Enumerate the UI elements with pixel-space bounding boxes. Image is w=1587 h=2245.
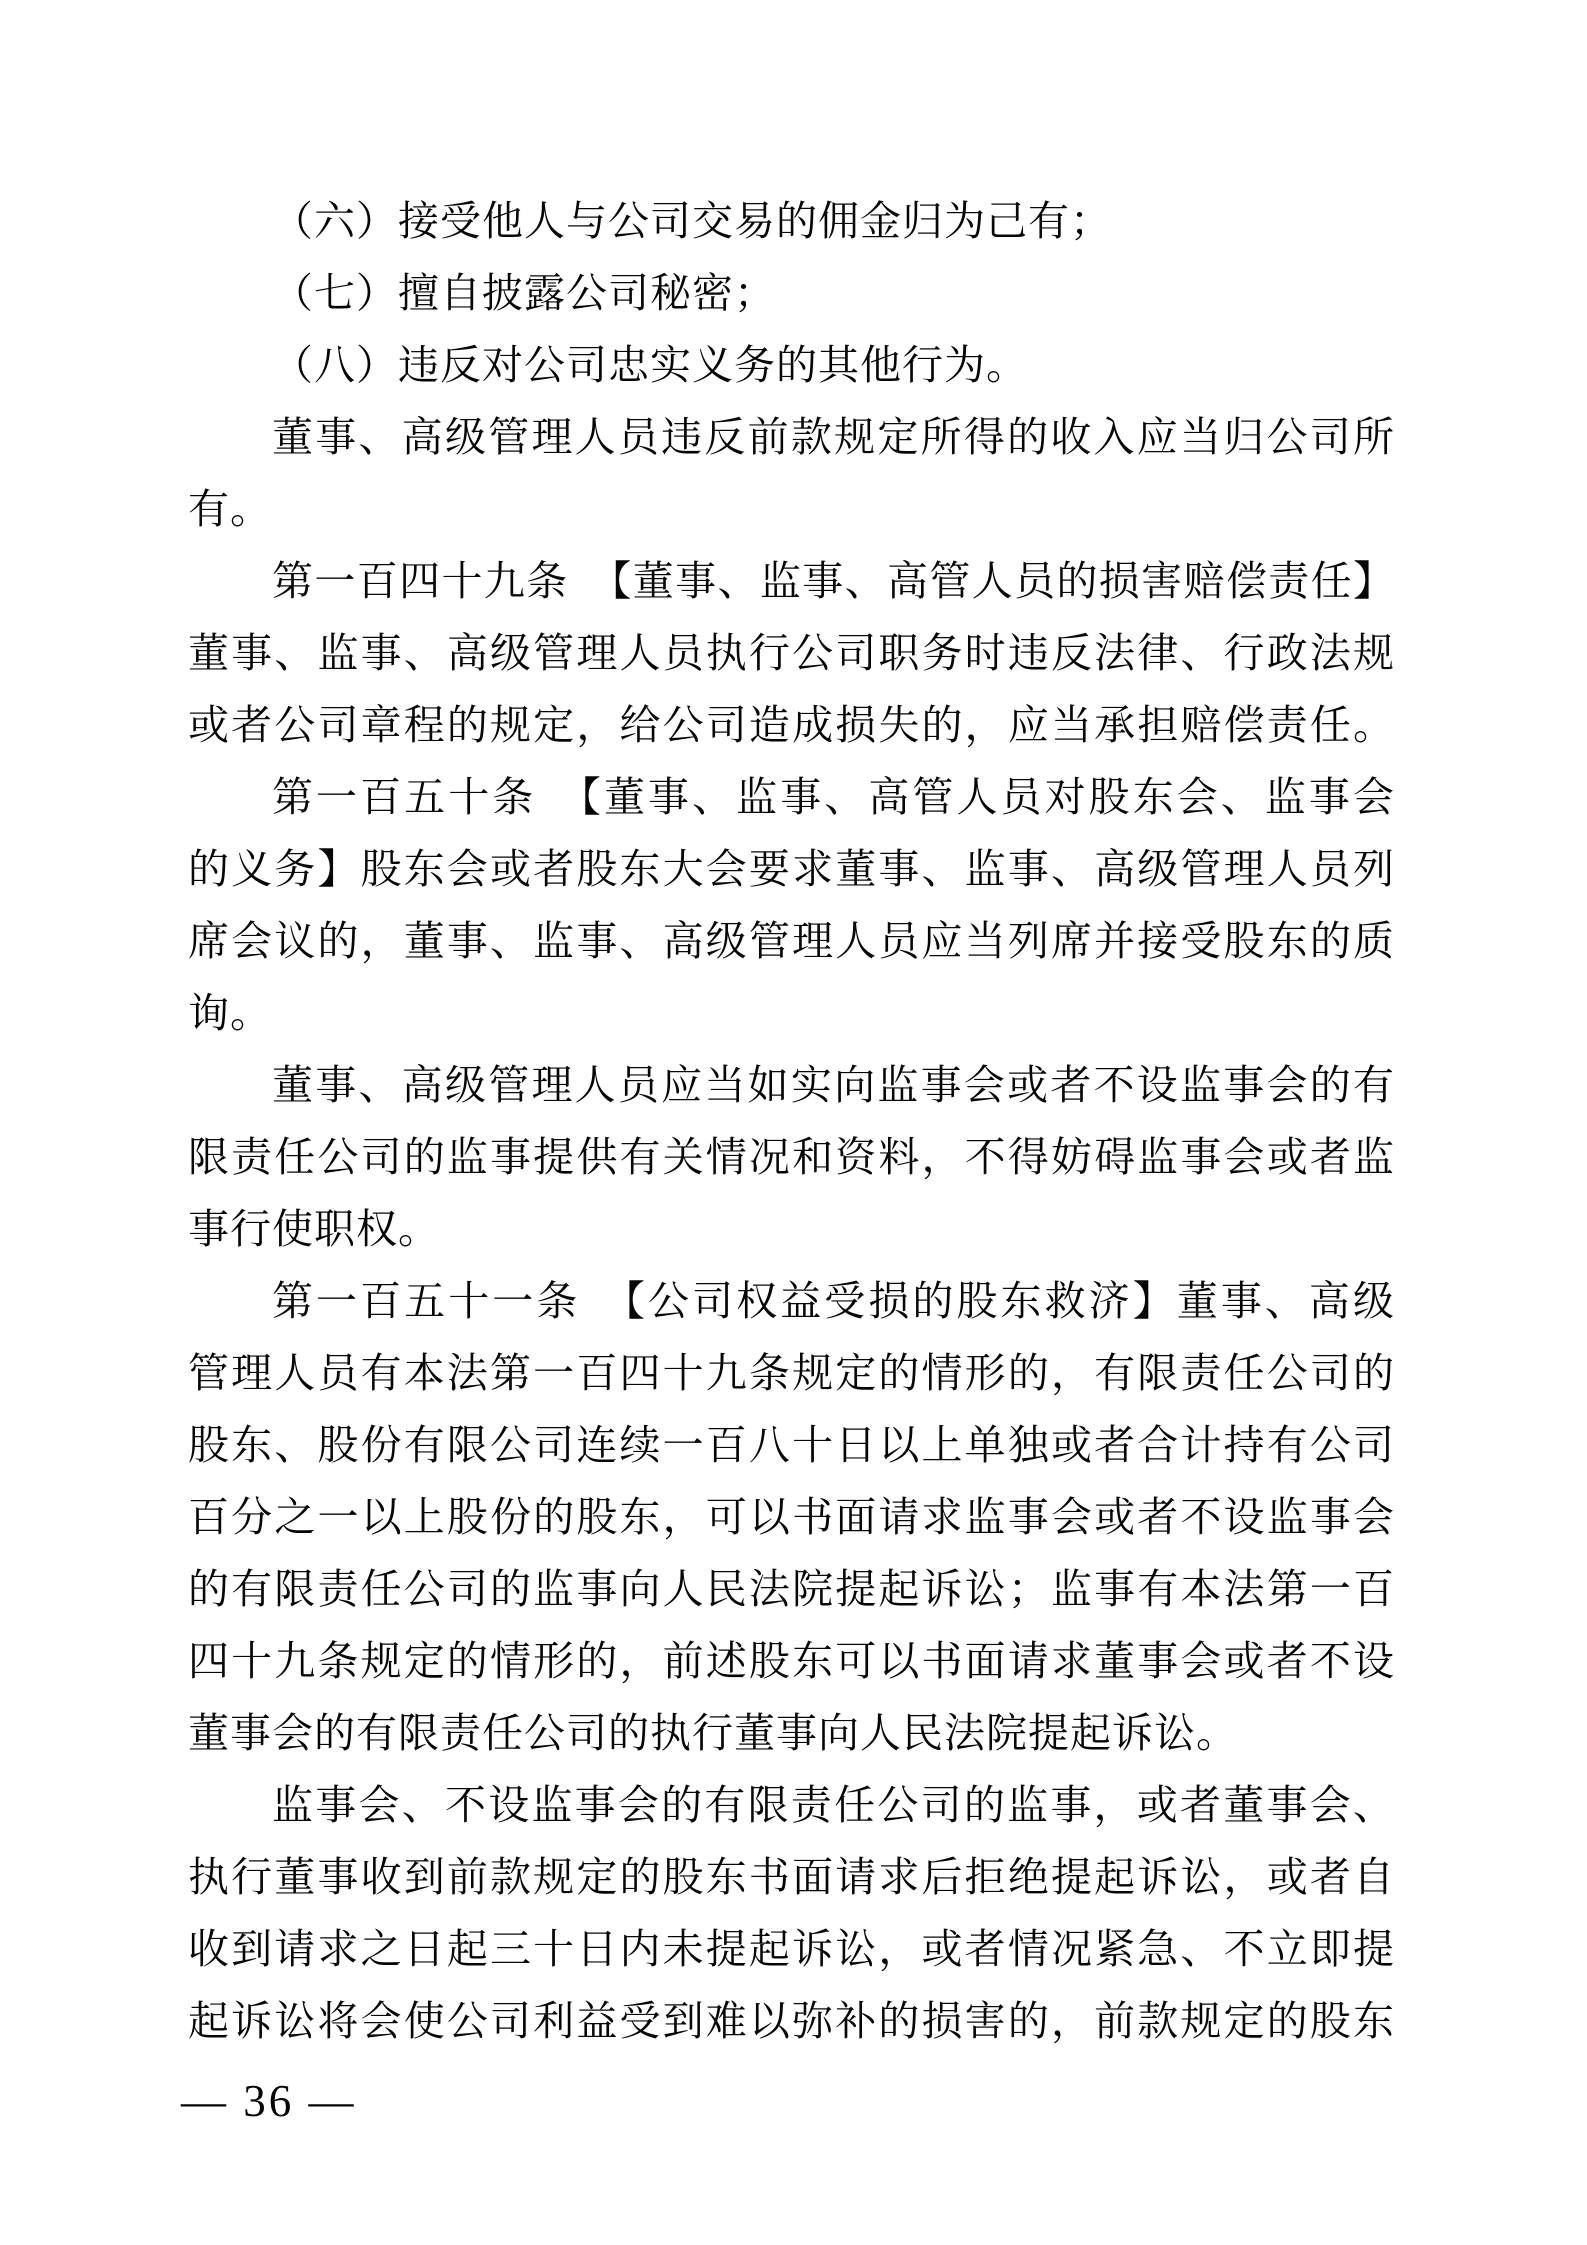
text-line: 的义务】股东会或者股东大会要求董事、监事、高级管理人员列 <box>188 833 1394 905</box>
text-line: 董事、高级管理人员违反前款规定所得的收入应当归公司所 <box>188 401 1394 473</box>
text-line: （八）违反对公司忠实义务的其他行为。 <box>188 329 1394 401</box>
text-line: 管理人员有本法第一百四十九条规定的情形的，有限责任公司的 <box>188 1337 1394 1409</box>
page-number: — 36 — <box>181 2072 357 2130</box>
text-line: 股东、股份有限公司连续一百八十日以上单独或者合计持有公司 <box>188 1409 1394 1481</box>
text-line: 董事、高级管理人员应当如实向监事会或者不设监事会的有 <box>188 1049 1394 1121</box>
text-line: 董事会的有限责任公司的执行董事向人民法院提起诉讼。 <box>188 1697 1394 1769</box>
text-line: 席会议的，董事、监事、高级管理人员应当列席并接受股东的质 <box>188 905 1394 977</box>
text-line: 事行使职权。 <box>188 1193 1394 1265</box>
text-line: 监事会、不设监事会的有限责任公司的监事，或者董事会、 <box>188 1769 1394 1841</box>
text-line: 第一百四十九条 【董事、监事、高管人员的损害赔偿责任】 <box>188 545 1394 617</box>
text-line: 限责任公司的监事提供有关情况和资料，不得妨碍监事会或者监 <box>188 1121 1394 1193</box>
text-line: 收到请求之日起三十日内未提起诉讼，或者情况紧急、不立即提 <box>188 1913 1394 1985</box>
text-line: 询。 <box>188 977 1394 1049</box>
text-line: 起诉讼将会使公司利益受到难以弥补的损害的，前款规定的股东 <box>188 1985 1394 2057</box>
text-line: 第一百五十一条 【公司权益受损的股东救济】董事、高级 <box>188 1265 1394 1337</box>
text-block: （六）接受他人与公司交易的佣金归为己有；（七）擅自披露公司秘密；（八）违反对公司… <box>188 185 1394 2057</box>
text-line: 的有限责任公司的监事向人民法院提起诉讼；监事有本法第一百 <box>188 1553 1394 1625</box>
text-line: 董事、监事、高级管理人员执行公司职务时违反法律、行政法规 <box>188 617 1394 689</box>
text-line: 或者公司章程的规定，给公司造成损失的，应当承担赔偿责任。 <box>188 689 1394 761</box>
text-line: （六）接受他人与公司交易的佣金归为己有； <box>188 185 1394 257</box>
text-line: 四十九条规定的情形的，前述股东可以书面请求董事会或者不设 <box>188 1625 1394 1697</box>
document-page: （六）接受他人与公司交易的佣金归为己有；（七）擅自披露公司秘密；（八）违反对公司… <box>0 0 1587 2245</box>
text-line: 百分之一以上股份的股东，可以书面请求监事会或者不设监事会 <box>188 1481 1394 1553</box>
text-line: 执行董事收到前款规定的股东书面请求后拒绝提起诉讼，或者自 <box>188 1841 1394 1913</box>
text-line: （七）擅自披露公司秘密； <box>188 257 1394 329</box>
text-line: 有。 <box>188 473 1394 545</box>
text-line: 第一百五十条 【董事、监事、高管人员对股东会、监事会 <box>188 761 1394 833</box>
